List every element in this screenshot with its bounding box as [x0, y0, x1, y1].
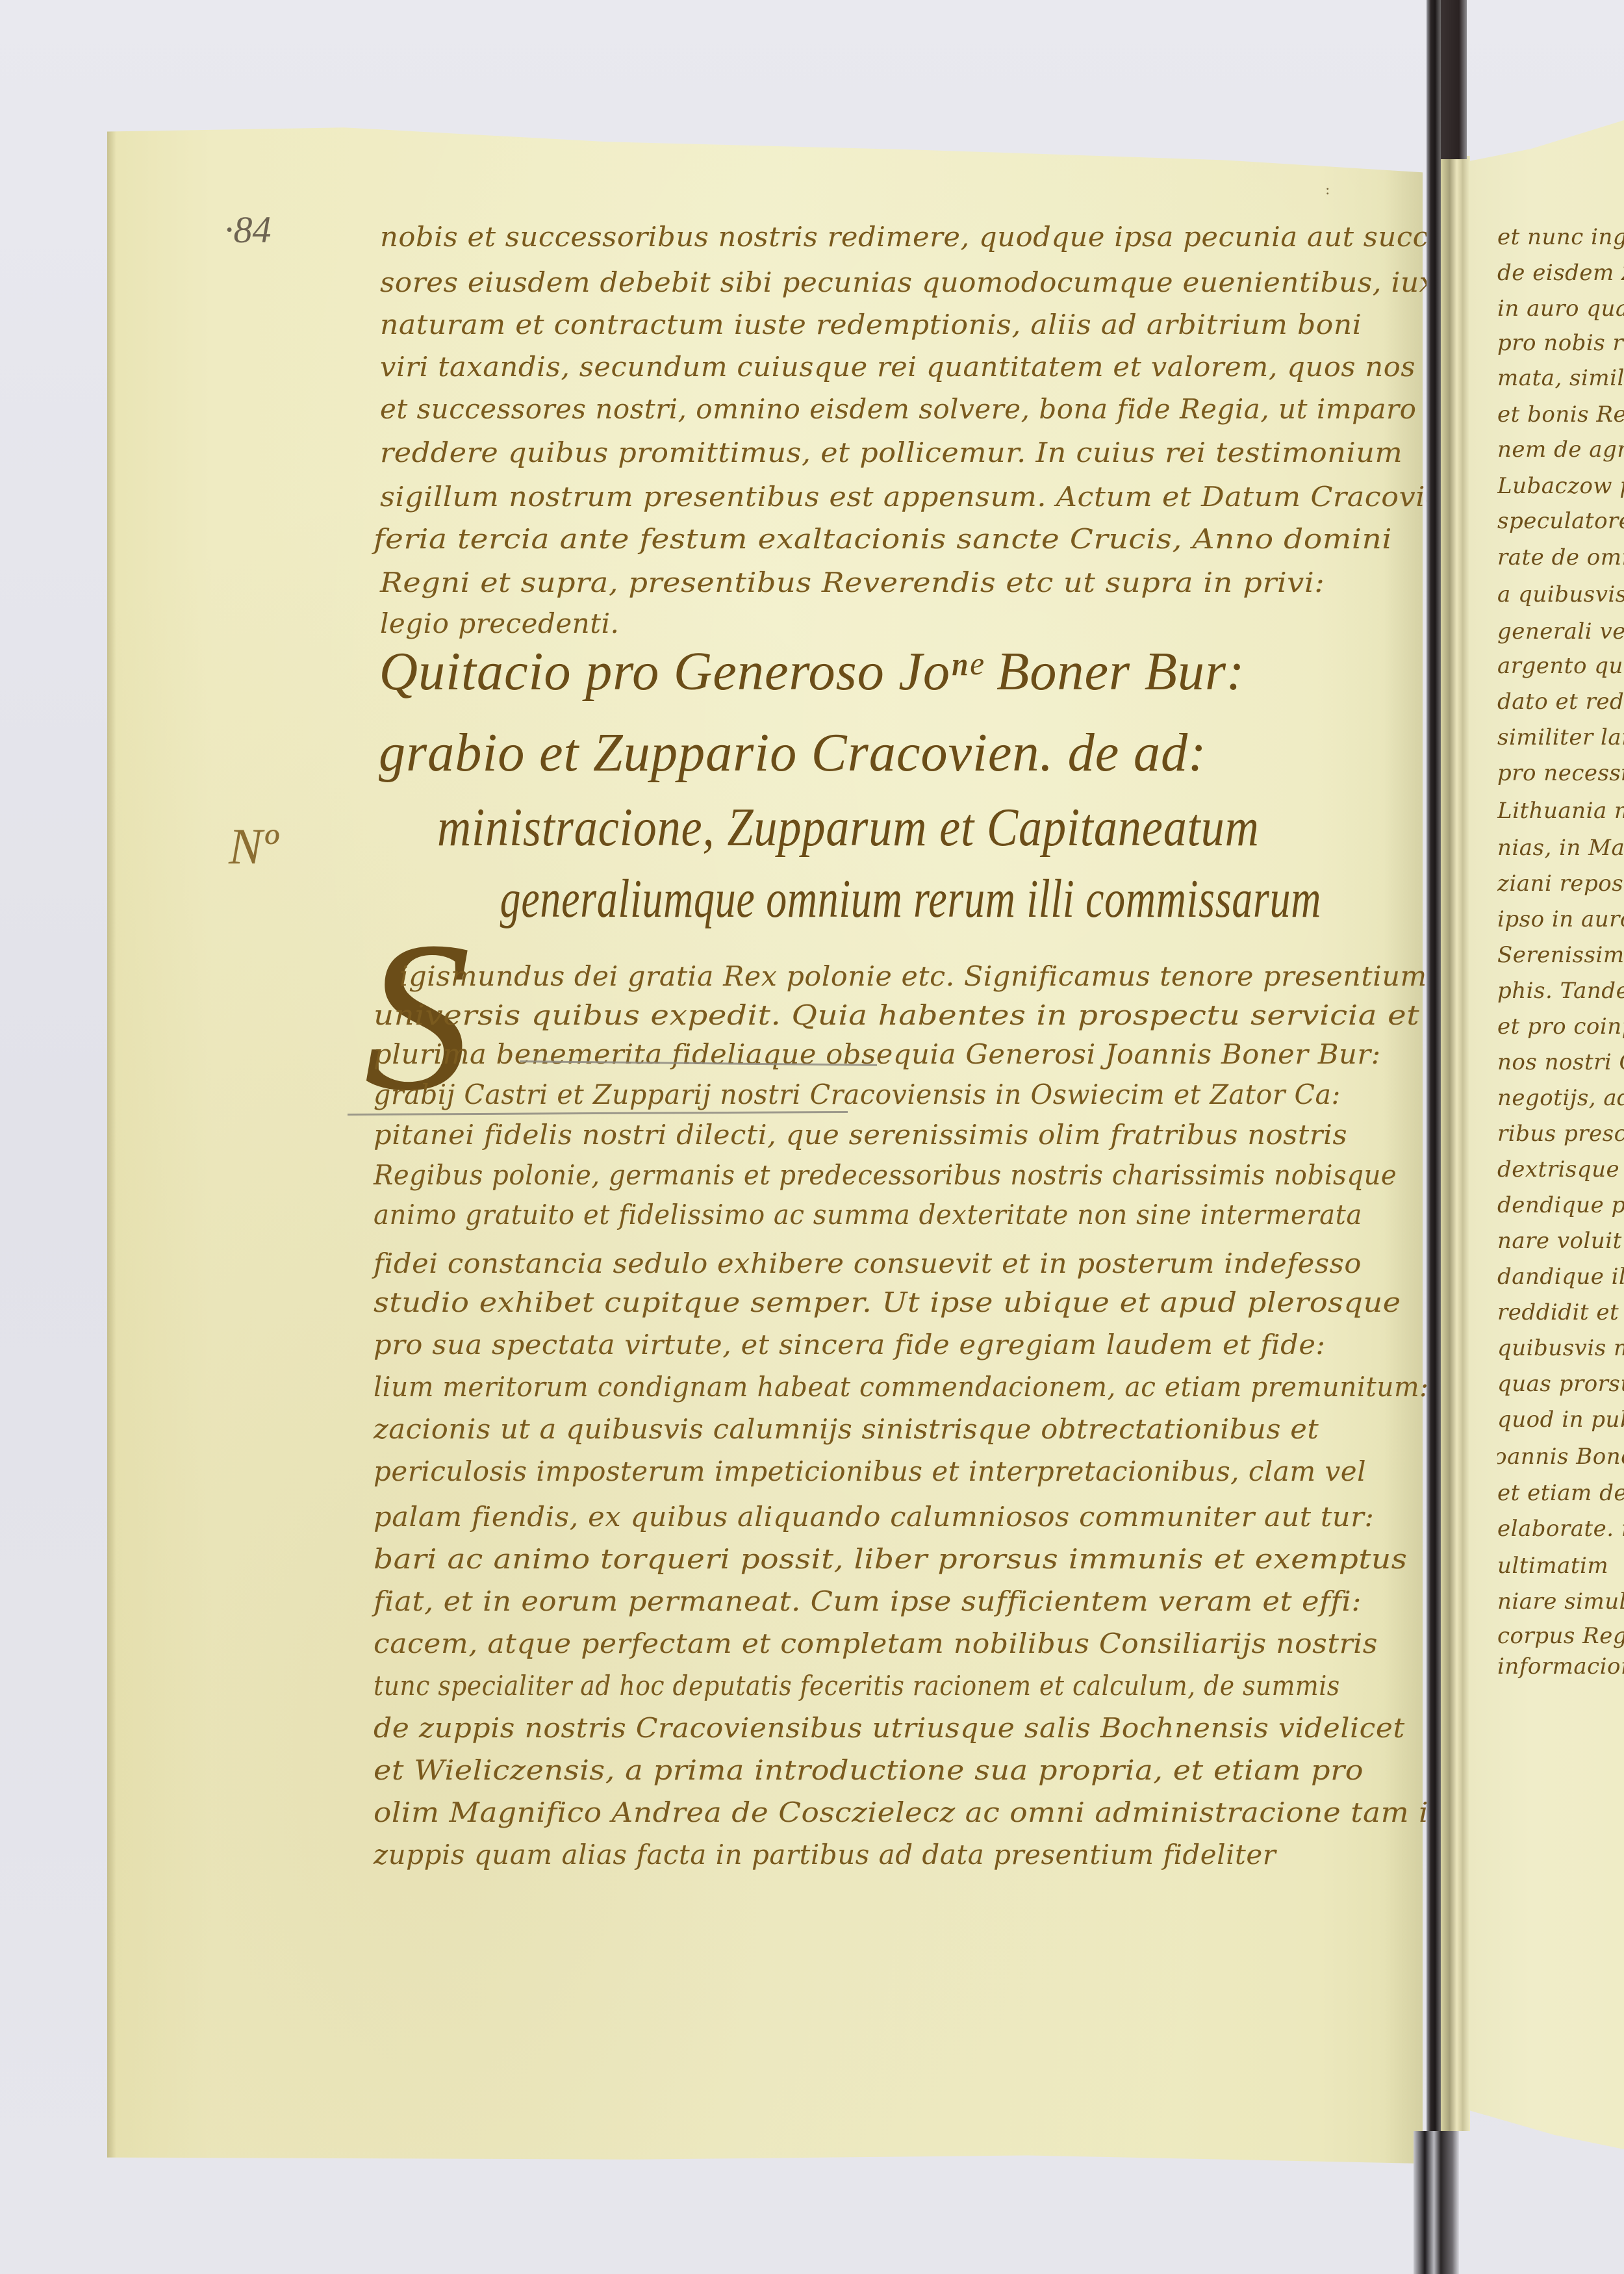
body-line: fiat, et in eorum permaneat. Cum ipse su…: [374, 1585, 1362, 1617]
right-line: quod in pub: [1497, 1407, 1624, 1433]
body-line: studio exhibet cupitque semper. Ut ipse …: [374, 1286, 1401, 1318]
body-line: de zuppis nostris Cracoviensibus utriusq…: [374, 1712, 1405, 1744]
right-line: nos nostri Cam: [1497, 1049, 1624, 1075]
body-line: bari ac animo torqueri possit, liber pro…: [374, 1543, 1407, 1575]
right-line: quas prorsus: [1497, 1371, 1624, 1397]
body-line: olim Magnifico Andrea de Cosczielecz ac …: [374, 1796, 1448, 1828]
right-line: dextrisque adm: [1497, 1156, 1624, 1182]
right-line: generali vel sp: [1497, 619, 1624, 645]
right-page-text: et nunc ingressu de eisdem Zuppis in aur…: [1497, 0, 1624, 2274]
body-line: plurima benemerita fideliaque obsequia G…: [374, 1038, 1381, 1070]
right-line: reddidit et a: [1497, 1299, 1624, 1325]
body-line: zacionis ut a quibusvis calumnijs sinist…: [374, 1413, 1319, 1445]
left-edge-shadow: [107, 123, 116, 2164]
body-line: lium meritorum condignam habeat commenda…: [374, 1371, 1428, 1403]
right-line: pro necessitatum: [1497, 760, 1624, 786]
binding-gutter: [1441, 156, 1470, 2131]
right-line: dendique per pre: [1497, 1192, 1624, 1218]
right-line: ultimatim: [1497, 1553, 1608, 1579]
right-line: quibusvis nomin: [1497, 1335, 1624, 1361]
body-line: pitanei fidelis nostri dilecti, que sere…: [374, 1119, 1347, 1151]
glass-clamp-bottom: [1414, 2131, 1459, 2274]
continuation-line: sores eiusdem debebit sibi pecunias quom…: [380, 266, 1464, 298]
glass-clamp-top: [1441, 0, 1467, 159]
right-line: ziani repositos: [1497, 871, 1624, 897]
right-line: Lubaczow pre: [1497, 473, 1624, 499]
right-line: de eisdem Zuppis: [1497, 260, 1624, 286]
right-line: speculatore Marc: [1497, 508, 1624, 534]
right-line: negotijs, admi: [1497, 1085, 1624, 1111]
right-line: phis. Tandem: [1497, 978, 1624, 1004]
right-line: ipso in auro: [1497, 906, 1624, 932]
continuation-line: Regni et supra, presentibus Reverendis e…: [380, 567, 1325, 598]
right-line: Serenissimi Reg: [1497, 942, 1624, 968]
continuation-line: naturam et contractum iuste redemptionis…: [380, 309, 1362, 340]
body-line: et Wieliczensis, a prima introductione s…: [374, 1754, 1364, 1786]
right-line: elaborate. no: [1497, 1516, 1624, 1542]
right-line: informaciones: [1497, 1654, 1624, 1680]
right-line: pro nobis remo: [1497, 330, 1624, 356]
heading-line: generaliumque omnium rerum illi commissa…: [500, 867, 1321, 930]
right-line: similiter lanis: [1497, 724, 1624, 750]
top-right-mark: :: [1325, 182, 1330, 198]
gutter-shadow: [1384, 123, 1423, 2164]
body-line: zuppis quam alias facta in partibus ad d…: [374, 1839, 1276, 1871]
right-line: et etiam de auro: [1497, 1480, 1624, 1506]
continuation-line: sigillum nostrum presentibus est appensu…: [380, 481, 1443, 513]
right-line: a quibusvis q: [1497, 581, 1624, 607]
glass-clamp-edge: [1427, 0, 1441, 2274]
right-line: in auro quam in mo: [1497, 296, 1624, 322]
body-line: cacem, atque perfectam et completam nobi…: [374, 1628, 1378, 1659]
right-line: Lithuania missis: [1497, 798, 1624, 824]
heading-line: grabio et Zuppario Cracovien. de ad:: [379, 721, 1207, 784]
body-line: palam fiendis, ex quibus aliquando calum…: [374, 1501, 1374, 1533]
right-line: et nunc ingressu: [1497, 224, 1624, 250]
continuation-line: feria tercia ante festum exaltacionis sa…: [374, 523, 1392, 555]
right-line: nare voluit.: [1497, 1228, 1624, 1254]
right-line: rate de omnibus: [1497, 544, 1624, 570]
right-line: Joannis Boner: [1497, 1444, 1624, 1470]
continuation-line: reddere quibus promittimus, et pollicemu…: [380, 437, 1402, 468]
body-line: tunc specialiter ad hoc deputatis feceri…: [374, 1670, 1340, 1702]
body-line: grabij Castri et Zupparij nostri Cracovi…: [374, 1079, 1341, 1110]
right-line: et bonis Regali: [1497, 402, 1624, 428]
right-line: dato et reddito: [1497, 689, 1624, 715]
right-line: nias, in Maz: [1497, 835, 1624, 861]
marginal-note: Nº: [229, 817, 278, 876]
continuation-line: nobis et successoribus nostris redimere,…: [380, 221, 1470, 253]
heading-line: ministracione, Zupparum et Capitaneatum: [437, 796, 1260, 859]
body-line: animo gratuito et fidelissimo ac summa d…: [374, 1199, 1362, 1231]
continuation-line: et successores nostri, omnino eisdem sol…: [380, 393, 1416, 425]
body-line: universis quibus expedit. Quia habentes …: [374, 999, 1419, 1031]
right-line: ribus prescriti: [1497, 1121, 1624, 1147]
continuation-line: legio precedenti.: [380, 607, 619, 639]
body-line: periculosis imposterum impeticionibus et…: [374, 1455, 1366, 1487]
right-line: nem de agnati: [1497, 437, 1624, 463]
body-line: igismundus dei gratia Rex polonie etc. S…: [400, 960, 1427, 992]
body-line: pro sua spectata virtute, et sincera fid…: [374, 1329, 1326, 1361]
right-line: argento quod nos: [1497, 653, 1624, 679]
right-line: dandique illi ad: [1497, 1264, 1624, 1290]
right-line: et pro coinpu: [1497, 1014, 1624, 1040]
right-line: niare simul: [1497, 1589, 1624, 1615]
heading-line: Quitacio pro Generoso Joⁿᵉ Boner Bur:: [379, 640, 1245, 703]
right-line: corpus Regi: [1497, 1623, 1624, 1649]
page-number: ·84: [224, 208, 272, 251]
continuation-line: viri taxandis, secundum cuiusque rei qua…: [380, 351, 1415, 383]
body-line: Regibus polonie, germanis et predecessor…: [374, 1159, 1397, 1191]
body-line: fidei constancia sedulo exhibere consuev…: [374, 1247, 1362, 1279]
right-line: mata, similiter de: [1497, 365, 1624, 391]
